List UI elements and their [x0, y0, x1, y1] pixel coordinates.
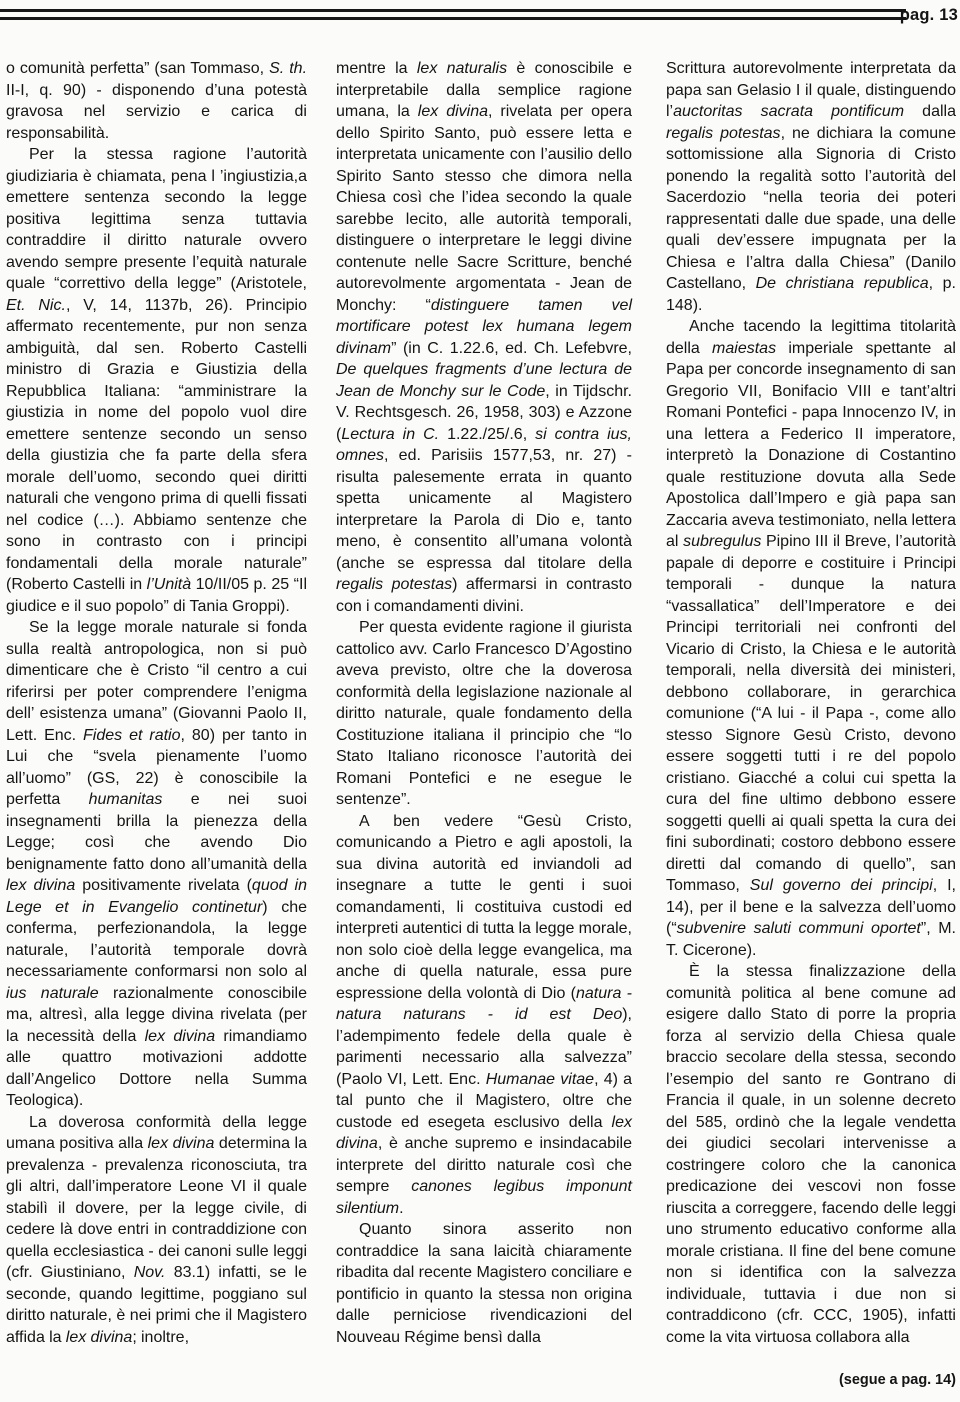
paragraph: Quanto sinora asserito non contraddice l…: [336, 1219, 632, 1348]
paragraph: Per la stessa ragione l’autorità giudizi…: [6, 144, 307, 617]
paragraph: Per questa evidente ragione il giurista …: [336, 617, 632, 811]
paragraph: È la stessa finalizzazione della comunit…: [666, 961, 956, 1348]
paragraph: Se la legge morale naturale si fonda sul…: [6, 617, 307, 1112]
paragraph: Anche tacendo la legittima titolarità de…: [666, 316, 956, 961]
text-column-1: o comunità perfetta” (san Tommaso, S. th…: [6, 58, 307, 1348]
paragraph: La doverosa conformità della legge umana…: [6, 1112, 307, 1349]
continuation-note: (segue a pag. 14): [666, 1370, 956, 1392]
paragraph: mentre la lex naturalis è conoscibile e …: [336, 58, 632, 617]
paragraph: Scrittura autorevolmente interpretata da…: [666, 58, 956, 316]
page-number: pag. 13: [900, 6, 958, 25]
text-column-3: Scrittura autorevolmente interpretata da…: [666, 58, 956, 1392]
header-double-rule: [0, 9, 906, 20]
text-column-2: mentre la lex naturalis è conoscibile e …: [336, 58, 632, 1348]
paragraph: o comunità perfetta” (san Tommaso, S. th…: [6, 58, 307, 144]
paragraph: A ben vedere “Gesù Cristo, comunicando a…: [336, 811, 632, 1220]
newspaper-page: pag. 13 o comunità perfetta” (san Tommas…: [0, 0, 960, 1402]
